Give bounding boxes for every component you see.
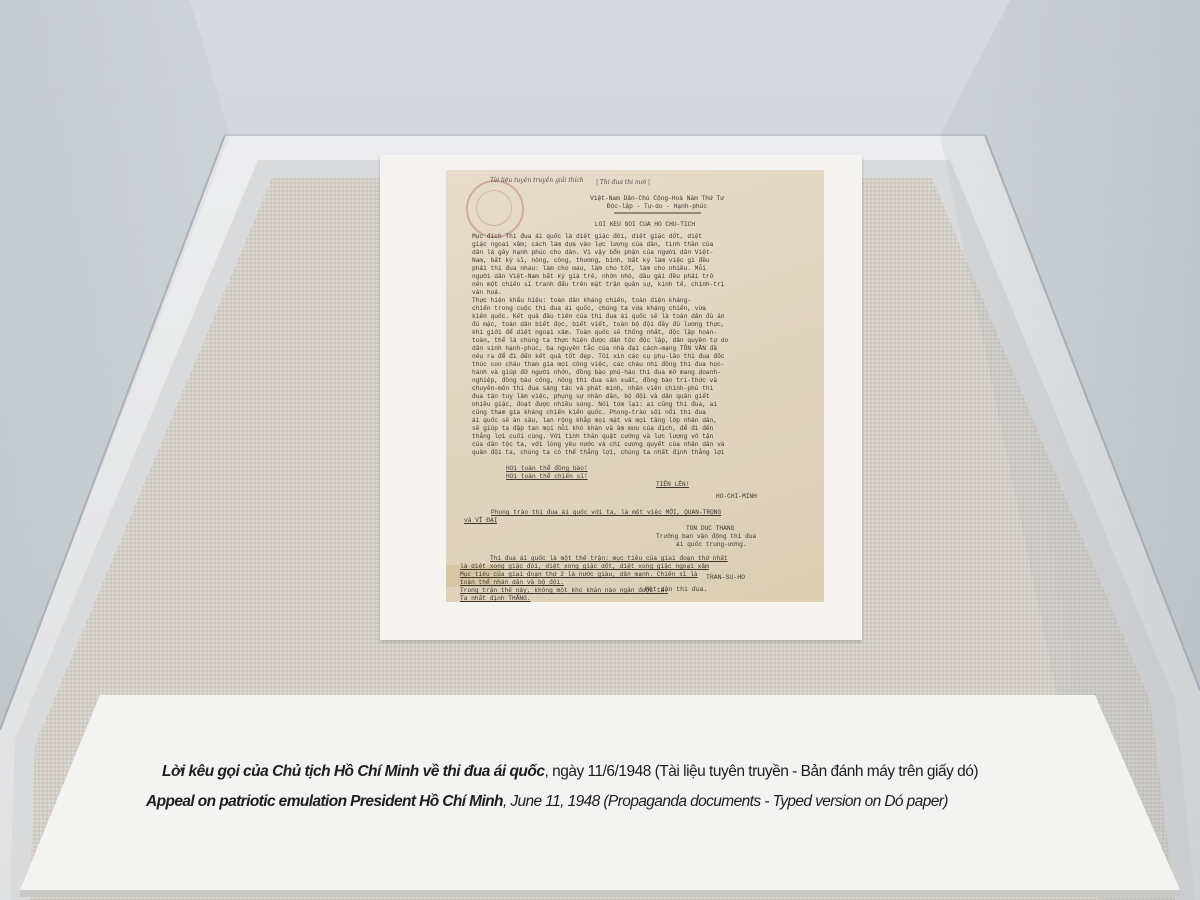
caption-english: Appeal on patriotic emulation President … bbox=[146, 793, 948, 811]
caption-vi-detail: , ngày 11/6/1948 (Tài liệu tuyên truyền … bbox=[544, 763, 978, 780]
caption-vietnamese: Lời kêu gọi của Chủ tịch Hồ Chí Minh về … bbox=[162, 763, 978, 781]
caption-vi-title: Lời kêu gọi của Chủ tịch Hồ Chí Minh về … bbox=[162, 763, 544, 780]
caption-en-detail: , June 11, 1948 (Propaganda documents - … bbox=[503, 793, 948, 810]
caption-en-title: Appeal on patriotic emulation President … bbox=[146, 793, 503, 810]
